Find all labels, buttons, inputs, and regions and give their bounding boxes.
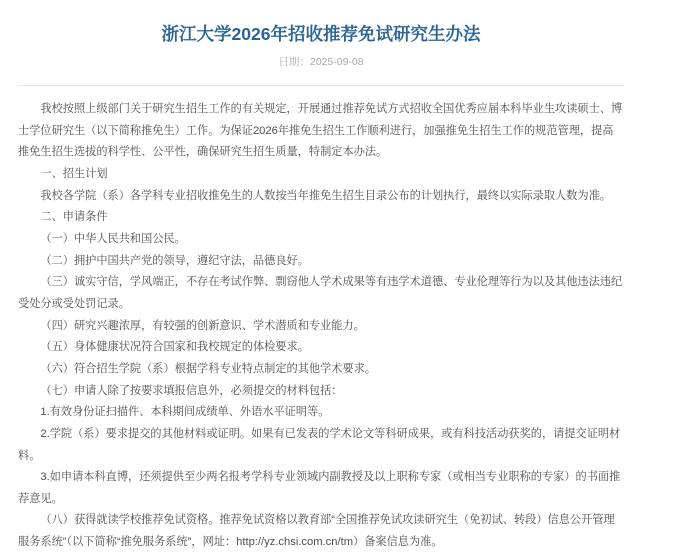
section-2-heading: 二、申请条件	[18, 207, 624, 229]
condition-item-2: （二）拥护中国共产党的领导，遵纪守法，品德良好。	[18, 251, 624, 273]
condition-item-8: （八）获得就读学校推荐免试资格。推荐免试资格以教育部“全国推荐免试攻读研究生（免…	[18, 510, 624, 553]
intro-paragraph: 我校按照上级部门关于研究生招生工作的有关规定，开展通过推荐免试方式招收全国优秀应…	[18, 99, 624, 164]
material-item-1: 1.有效身份证扫描件、本科期间成绩单、外语水平证明等。	[18, 402, 624, 424]
condition-item-7: （七）申请人除了按要求填报信息外，必须提交的材料包括：	[18, 381, 624, 403]
publish-date: 日期：2025-09-08	[18, 56, 624, 69]
publish-date-value: 2025-09-08	[310, 56, 364, 68]
section-1-heading: 一、招生计划	[18, 164, 624, 186]
material-item-3: 3.如申请本科直博，还须提供至少两名报考学科专业领域内副教授及以上职称专家（或相…	[18, 467, 624, 510]
condition-item-4: （四）研究兴趣浓厚，有较强的创新意识、学术潜质和专业能力。	[18, 316, 624, 338]
publish-date-label: 日期：	[278, 56, 310, 68]
condition-item-3: （三）诚实守信，学风端正，不存在考试作弊、剽窃他人学术成果等有违学术道德、专业伦…	[18, 272, 624, 315]
article-content: 我校按照上级部门关于研究生招生工作的有关规定，开展通过推荐免试方式招收全国优秀应…	[18, 86, 624, 554]
article-page: 浙江大学2026年招收推荐免试研究生办法 日期：2025-09-08 我校按照上…	[18, 22, 624, 554]
material-item-2: 2.学院（系）要求提交的其他材料或证明。如果有已发表的学术论文等科研成果，或有科…	[18, 424, 624, 467]
section-1-paragraph: 我校各学院（系）各学科专业招收推免生的人数按当年推免生招生目录公布的计划执行，最…	[18, 186, 624, 208]
page-title: 浙江大学2026年招收推荐免试研究生办法	[18, 22, 624, 47]
condition-item-5: （五）身体健康状况符合国家和我校规定的体检要求。	[18, 337, 624, 359]
condition-item-1: （一）中华人民共和国公民。	[18, 229, 624, 251]
condition-item-6: （六）符合招生学院（系）根据学科专业特点制定的其他学术要求。	[18, 359, 624, 381]
